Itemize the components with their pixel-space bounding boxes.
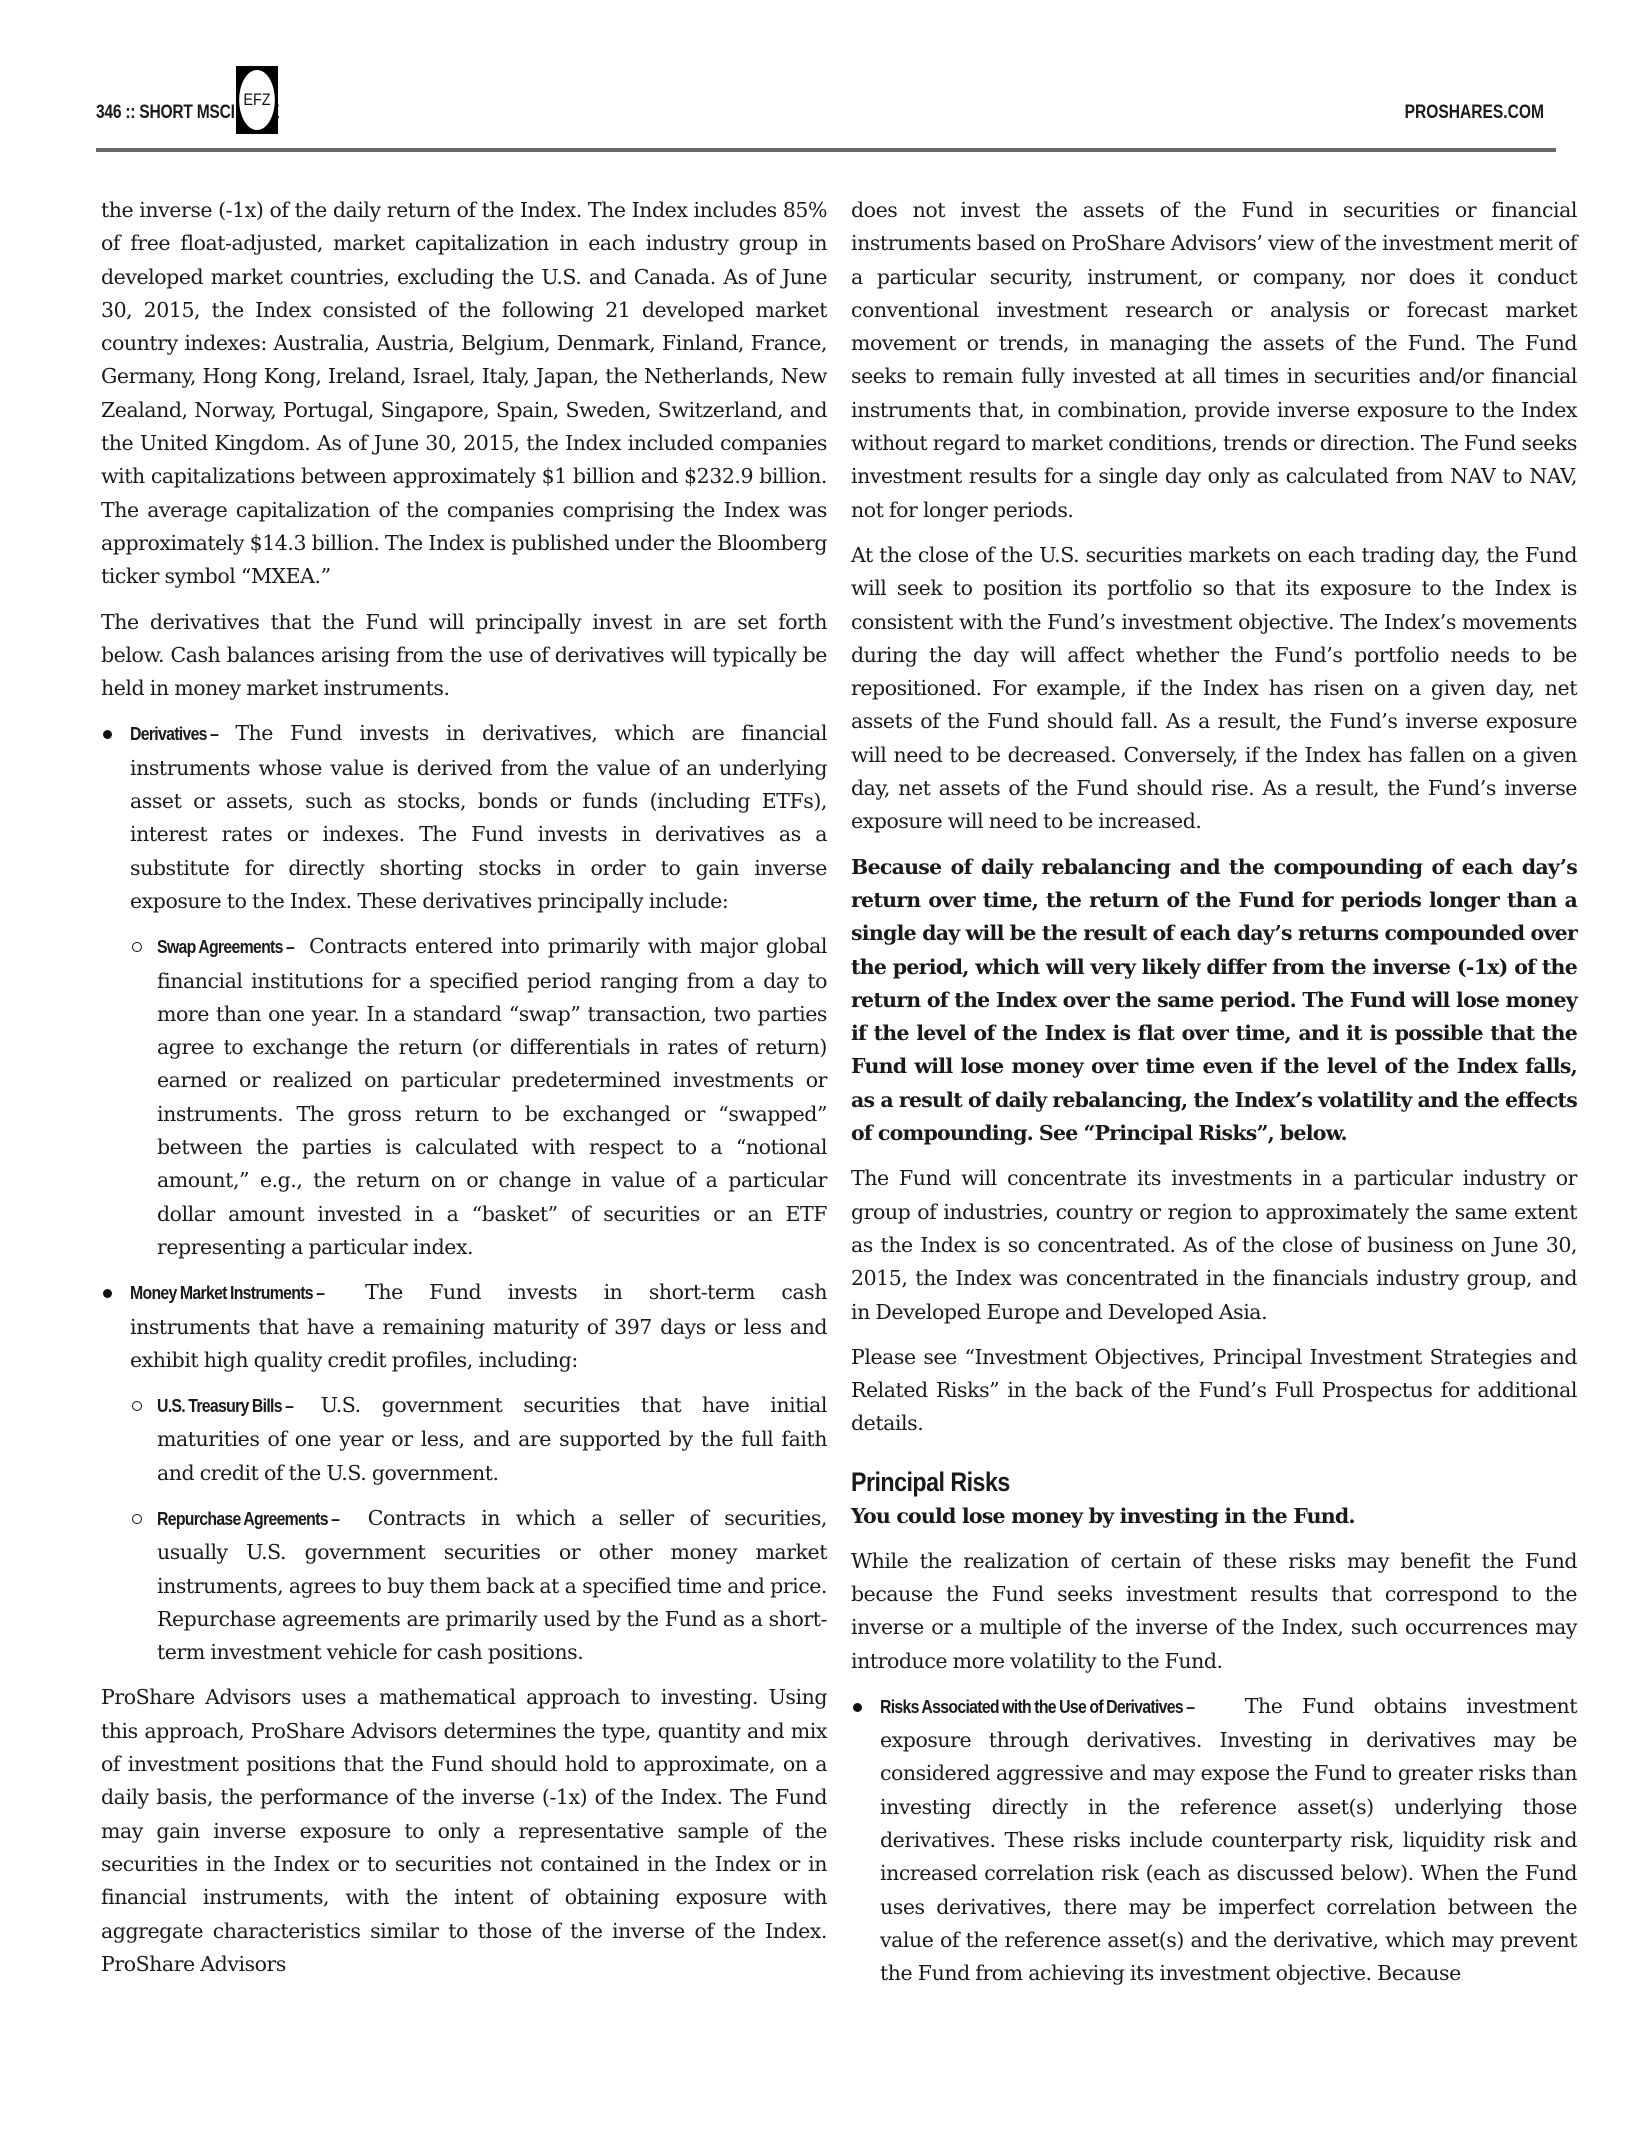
item-text: The Fund obtains investment exposure thr…	[880, 1694, 1577, 1985]
term-derivatives-risk: Risks Associated with the Use of Derivat…	[880, 1691, 1194, 1724]
term-treasury-bills: U.S. Treasury Bills –	[157, 1390, 293, 1423]
list-item-repurchase-agreements: Repurchase Agreements – Contracts in whi…	[130, 1502, 827, 1669]
item-text: The Fund invests in derivatives, which a…	[130, 721, 827, 912]
sub-bullet-icon	[132, 942, 142, 952]
compounding-warning-paragraph: Because of daily rebalancing and the com…	[851, 851, 1577, 1151]
list-item-swap-agreements: Swap Agreements – Contracts entered into…	[130, 930, 827, 1264]
ticker-label: EFZ	[239, 70, 275, 130]
right-column: does not invest the assets of the Fund i…	[851, 194, 1577, 2003]
header-divider	[96, 148, 1556, 152]
see-prospectus-paragraph: Please see “Investment Objectives, Princ…	[851, 1341, 1577, 1441]
derivatives-intro-paragraph: The derivatives that the Fund will princ…	[101, 606, 827, 706]
concentration-paragraph: The Fund will concentrate its investment…	[851, 1162, 1577, 1328]
left-column: the inverse (-1x) of the daily return of…	[101, 194, 827, 1993]
list-item-treasury-bills: U.S. Treasury Bills – U.S. government se…	[130, 1389, 827, 1490]
instruments-list: Derivatives – The Fund invests in deriva…	[101, 717, 827, 1669]
risk-intro-paragraph: While the realization of certain of thes…	[851, 1545, 1577, 1678]
rebalancing-paragraph: At the close of the U.S. securities mark…	[851, 539, 1577, 839]
risk-subheading: You could lose money by investing in the…	[851, 1500, 1577, 1533]
list-item-money-market-instruments: Money Market Instruments – The Fund inve…	[101, 1276, 827, 1669]
sub-bullet-icon	[132, 1514, 142, 1524]
term-swap-agreements: Swap Agreements –	[157, 931, 294, 964]
index-description-paragraph: the inverse (-1x) of the daily return of…	[101, 194, 827, 594]
list-item-derivatives-risk: Risks Associated with the Use of Derivat…	[851, 1690, 1577, 1991]
bullet-icon	[853, 1703, 862, 1712]
derivatives-sublist: Swap Agreements – Contracts entered into…	[130, 930, 827, 1264]
money-market-sublist: U.S. Treasury Bills – U.S. government se…	[130, 1389, 827, 1669]
mathematical-approach-paragraph: ProShare Advisors uses a mathematical ap…	[101, 1681, 827, 1981]
list-item-derivatives: Derivatives – The Fund invests in deriva…	[101, 717, 827, 1264]
sub-bullet-icon	[132, 1401, 142, 1411]
section-heading-principal-risks: Principal Risks	[851, 1467, 1475, 1498]
bullet-icon	[103, 1289, 112, 1298]
bullet-icon	[103, 730, 112, 739]
term-derivatives: Derivatives –	[130, 718, 218, 751]
term-money-market-instruments: Money Market Instruments –	[130, 1277, 324, 1310]
site-name: PROSHARES.COM	[1405, 102, 1544, 124]
page-header: 346 :: SHORT MSCI EAFE EFZ PROSHARES.COM	[96, 64, 1554, 152]
ticker-badge: EFZ	[236, 66, 278, 134]
investment-approach-paragraph: does not invest the assets of the Fund i…	[851, 194, 1577, 527]
risks-list: Risks Associated with the Use of Derivat…	[851, 1690, 1577, 1991]
item-text: Contracts entered into primarily with ma…	[157, 934, 827, 1259]
term-repurchase-agreements: Repurchase Agreements –	[157, 1503, 339, 1536]
